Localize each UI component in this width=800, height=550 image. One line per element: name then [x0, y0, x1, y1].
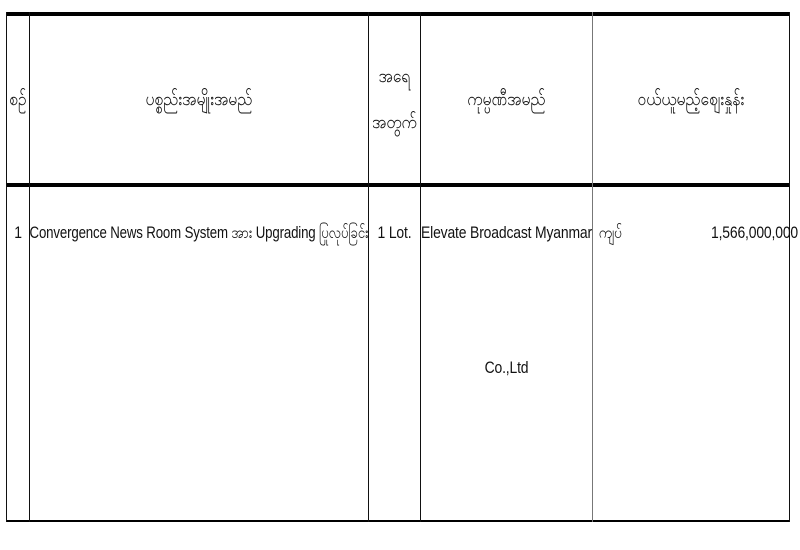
row-company-name-line2: Co.,Ltd [485, 353, 529, 383]
header-no-label: စဉ် [9, 88, 26, 112]
row-amount: 1,566,000,000 [701, 218, 798, 248]
header-item-name-label: ပစ္စည်းအမျိုးအမည် [146, 88, 253, 112]
header-item-name: ပစ္စည်းအမျိုးအမည် [60, 16, 337, 183]
row-currency-value: ကျပ် [599, 222, 622, 243]
header-no: စဉ် [9, 16, 27, 183]
col-border-right [789, 12, 790, 522]
row-quantity-value: 1 Lot. [378, 222, 412, 243]
header-quantity-label-2: အတွက် [372, 111, 417, 135]
header-company-name-label: ကုမ္ပဏီအမည် [467, 88, 545, 112]
procurement-table: စဉ် ပစ္စည်းအမျိုးအမည် အရေ အတွက် ကုမ္ပဏီအ… [0, 0, 800, 550]
col-border-1 [29, 12, 30, 522]
row-company-name: Elevate Broadcast Myanmar Co.,Ltd [436, 218, 576, 388]
row-company-name-line1: Elevate Broadcast Myanmar [421, 218, 592, 248]
table-bottom-border [6, 520, 790, 522]
header-company-name: ကုမ္ပဏီအမည် [436, 16, 576, 183]
col-border-2 [368, 12, 369, 522]
row-item-name: Convergence News Room System အား Upgradi… [64, 218, 334, 248]
header-quantity: အရေ အတွက် [374, 16, 416, 183]
col-border-4 [592, 12, 593, 522]
row-amount-value: 1,566,000,000 [711, 222, 798, 243]
row-no-value: 1 [14, 222, 22, 243]
row-currency: ကျပ် [599, 218, 624, 248]
row-no: 1 [9, 218, 27, 248]
col-border-left [6, 12, 7, 522]
header-divider [6, 183, 790, 187]
col-border-3 [420, 12, 421, 522]
header-quantity-label-1: အရေ [379, 65, 411, 89]
header-purchase-price: ဝယ်ယူမည့်စျေးနှုန်း [611, 16, 772, 183]
header-purchase-price-label: ဝယ်ယူမည့်စျေးနှုန်း [638, 88, 745, 112]
row-item-name-value: Convergence News Room System အား Upgradi… [30, 222, 369, 243]
row-quantity: 1 Lot. [374, 218, 416, 248]
